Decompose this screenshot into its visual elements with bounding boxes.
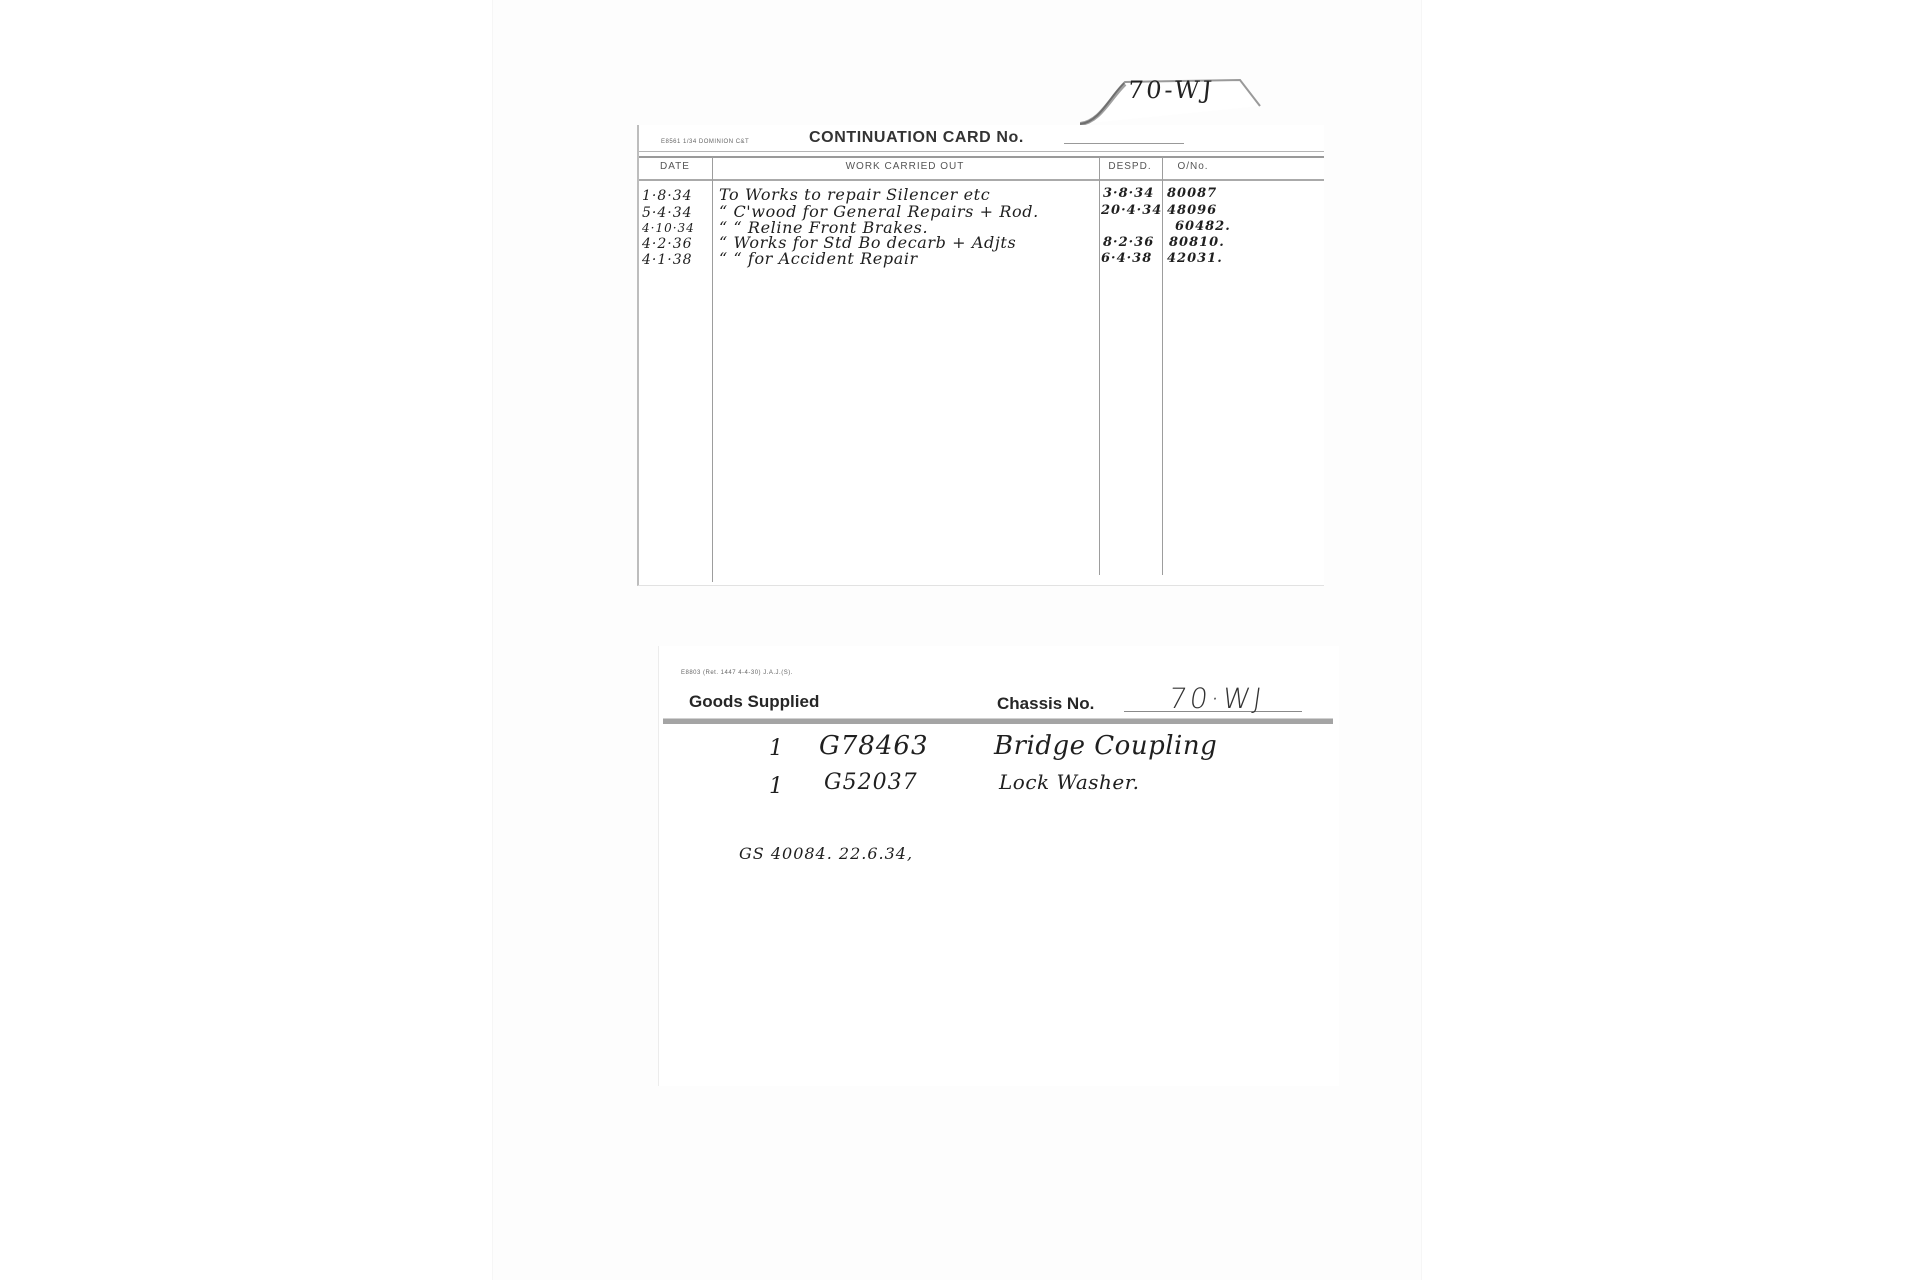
column-divider	[712, 157, 713, 582]
row-date: 4·2·36	[642, 236, 693, 252]
card-number-line	[1064, 143, 1184, 144]
column-header-despd: DESPD.	[1099, 161, 1161, 172]
row-order-number: 80087	[1167, 186, 1217, 201]
row-date: 5·4·34	[642, 205, 693, 221]
row-date: 1·8·34	[642, 188, 693, 204]
row-date: 4·10·34	[642, 221, 695, 235]
chassis-number-value: 70·WJ	[1167, 682, 1267, 715]
column-header-ono: O/No.	[1163, 161, 1223, 172]
card-title: CONTINUATION CARD No.	[809, 129, 1024, 147]
goods-supplied-label: Goods Supplied	[689, 692, 819, 712]
row-despatched: 20·4·34	[1101, 203, 1162, 218]
continuation-card: E8561 1/34 DOMINION C&T CONTINUATION CAR…	[637, 125, 1324, 586]
item-description: Bridge Coupling	[994, 731, 1217, 761]
row-order-number: 42031.	[1167, 251, 1223, 266]
printer-code: E8561 1/34 DOMINION C&T	[661, 139, 749, 145]
item-quantity: 1	[769, 736, 783, 761]
printer-code: E8803 (Ret. 1447 4-4-30) J.A.J.(S).	[681, 670, 793, 676]
item-part-number: G52037	[824, 770, 918, 795]
chassis-number-label: Chassis No.	[997, 694, 1094, 714]
tab-registration: 70-WJ	[1127, 76, 1217, 104]
row-despatched: 6·4·38	[1101, 251, 1152, 266]
item-part-number: G78463	[819, 731, 928, 761]
handwritten-note: GS 40084. 22.6.34,	[739, 844, 913, 863]
row-despatched: 8·2·36	[1103, 235, 1154, 250]
goods-supplied-card: E8803 (Ret. 1447 4-4-30) J.A.J.(S). Good…	[658, 646, 1339, 1086]
row-order-number: 60482.	[1175, 219, 1231, 234]
row-order-number: 48096	[1167, 203, 1217, 218]
item-description: Lock Washer.	[999, 770, 1139, 794]
row-despatched: 3·8·34	[1103, 186, 1154, 201]
item-quantity: 1	[769, 774, 783, 799]
row-date: 4·1·38	[642, 252, 693, 268]
column-header-work: WORK CARRIED OUT	[713, 161, 1097, 172]
column-divider	[1099, 157, 1100, 575]
header-rule	[663, 718, 1333, 724]
column-header-date: DATE	[639, 161, 711, 172]
column-divider	[1162, 157, 1163, 575]
column-header-row: DATE WORK CARRIED OUT DESPD. O/No.	[639, 157, 1324, 181]
row-order-number: 80810.	[1169, 235, 1225, 250]
row-work: “ “ for Accident Repair	[719, 249, 918, 268]
